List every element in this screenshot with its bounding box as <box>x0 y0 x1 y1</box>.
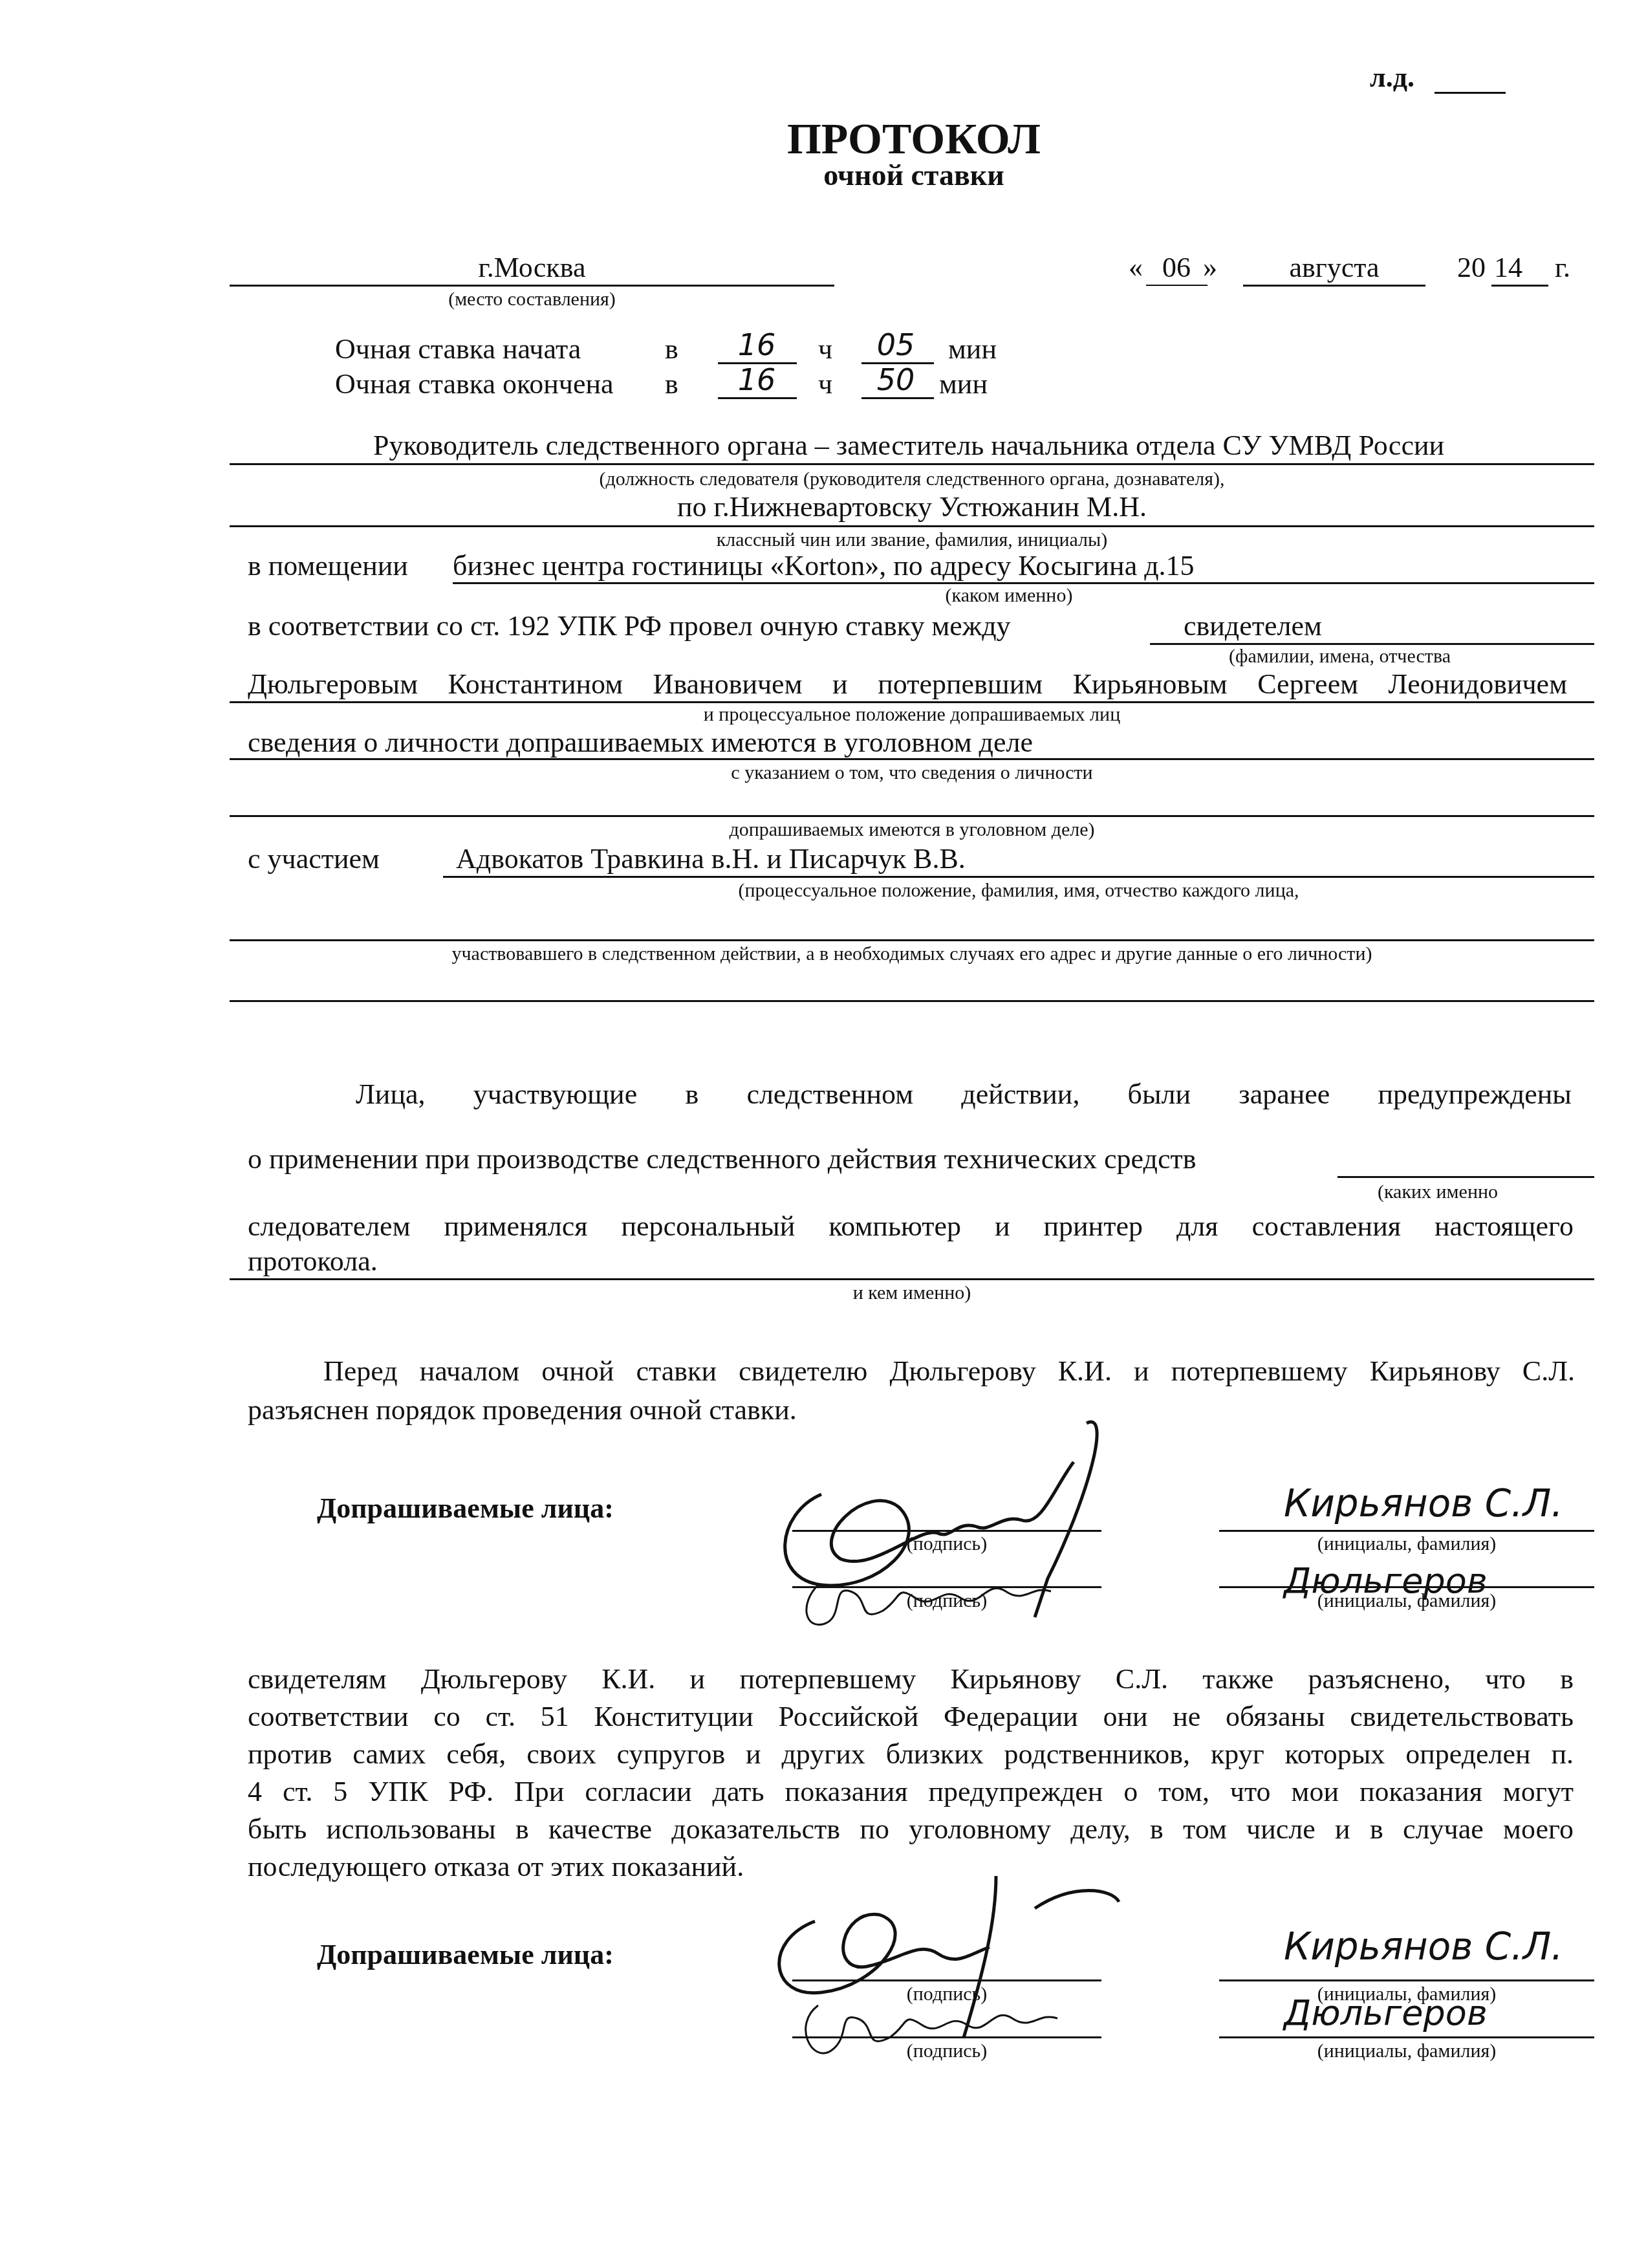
word: моего <box>1503 1815 1574 1844</box>
document-title: ПРОТОКОЛ <box>655 116 1173 160</box>
word: со <box>433 1703 460 1731</box>
word: других <box>781 1740 865 1769</box>
word: Лица, <box>356 1080 425 1109</box>
word: предупрежден <box>929 1778 1103 1806</box>
place-value: г.Москва <box>230 254 834 282</box>
rights-line: противсамихсебя,своихсупруговидругихблиз… <box>248 1740 1574 1769</box>
case-ref-field[interactable] <box>1435 92 1506 94</box>
date-month-line <box>1243 285 1425 287</box>
participants-blank-line <box>230 939 1594 941</box>
technical-caption-2: и кем именно) <box>230 1283 1594 1303</box>
technical-caption-1: (каких именно <box>1378 1183 1498 1202</box>
name-line-1[interactable] <box>1219 1530 1594 1532</box>
word: 5 <box>333 1778 347 1806</box>
signatures-2-label: Допрашиваемые лица: <box>317 1941 614 1969</box>
rights-line: соответствиисост.51КонституцииРоссийской… <box>248 1703 1574 1731</box>
word: о <box>1123 1778 1138 1806</box>
word: доказательств <box>671 1815 840 1844</box>
word: случае <box>1403 1815 1484 1844</box>
word: К.И. <box>601 1665 655 1694</box>
name-line-2[interactable] <box>1219 1586 1594 1588</box>
parties-caption-1: (фамилии, имена, отчества <box>1229 647 1451 666</box>
word: 51 <box>541 1703 569 1731</box>
word: показания <box>785 1778 908 1806</box>
word: родственников, <box>1004 1740 1190 1769</box>
word: предупреждены <box>1378 1080 1572 1109</box>
rights-line: бытьиспользованывкачестведоказательствпо… <box>248 1815 1574 1844</box>
word: что <box>1485 1665 1526 1694</box>
start-min-unit: мин <box>948 335 997 364</box>
participants-blank-line-2 <box>230 1000 1594 1002</box>
word: также <box>1202 1665 1273 1694</box>
case-ref: л.д. <box>1370 63 1414 92</box>
word: применялся <box>444 1212 587 1241</box>
word: ст. <box>486 1703 515 1731</box>
word: могут <box>1503 1778 1574 1806</box>
date-year-prefix: 20 <box>1457 254 1486 282</box>
technical-value-line-2: протокола. <box>248 1247 378 1276</box>
word: том <box>1183 1815 1227 1844</box>
word: Дюльгерову <box>421 1665 567 1694</box>
signatory-name-3: Кирьянов С.Л. <box>1284 1925 1563 1968</box>
start-hour-unit: ч <box>818 335 832 364</box>
signature-caption-2: (подпись) <box>792 1591 1101 1611</box>
word: против <box>248 1740 332 1769</box>
date-day-line <box>1146 285 1207 286</box>
signature-line-2[interactable] <box>792 1586 1101 1588</box>
word: для <box>1176 1212 1218 1241</box>
word: в <box>515 1815 529 1844</box>
start-label: Очная ставка начата <box>335 335 581 364</box>
word: уголовному <box>909 1815 1051 1844</box>
end-hour-unit: ч <box>818 370 832 398</box>
signature-caption-1: (подпись) <box>792 1534 1101 1554</box>
technical-para-line-2: о применении при производстве следственн… <box>248 1145 1196 1173</box>
word: в <box>1560 1665 1574 1694</box>
name-caption-1: (инициалы, фамилия) <box>1219 1534 1594 1554</box>
end-hour: 16 <box>718 362 796 397</box>
rights-last-line: последующего отказа от этих показаний. <box>248 1853 744 1881</box>
investigator-name-line <box>230 525 1594 527</box>
place-caption: (место составления) <box>230 290 834 309</box>
word: следователем <box>248 1212 411 1241</box>
date-year-line <box>1491 285 1548 287</box>
word: определен <box>1405 1740 1530 1769</box>
word: в <box>1150 1815 1164 1844</box>
participants-line <box>443 876 1594 878</box>
word: принтер <box>1044 1212 1143 1241</box>
signature-caption-4: (подпись) <box>792 2042 1101 2061</box>
signatures-1-label: Допрашиваемые лица: <box>317 1494 614 1523</box>
parties-blank-line <box>230 815 1594 817</box>
word: обязаны <box>1226 1703 1325 1731</box>
date-year-unit: г. <box>1555 254 1570 282</box>
word: самих <box>352 1740 426 1769</box>
word: делу, <box>1070 1815 1130 1844</box>
word: круг <box>1211 1740 1264 1769</box>
word: и <box>690 1665 706 1694</box>
word: мои <box>1292 1778 1339 1806</box>
signature-line-3[interactable] <box>792 1979 1101 1981</box>
start-prep: в <box>665 335 678 364</box>
technical-value-line-1: следователемприменялсяперсональныйкомпью… <box>248 1212 1574 1241</box>
location-value: бизнес центра гостиницы «Korton», по адр… <box>453 552 1195 580</box>
word: качестве <box>548 1815 652 1844</box>
signature-caption-3: (подпись) <box>792 1985 1101 2004</box>
word: компьютер <box>828 1212 961 1241</box>
word: дать <box>713 1778 764 1806</box>
participants-label: с участием <box>248 845 380 873</box>
investigator-name-caption: классный чин или звание, фамилия, инициа… <box>230 530 1594 550</box>
parties-role: свидетелем <box>1184 612 1322 640</box>
word: С.Л. <box>1116 1665 1168 1694</box>
word: быть <box>248 1815 307 1844</box>
rights-line: 4ст.5УПКРФ.Присогласиидатьпоказанияпреду… <box>248 1778 1574 1806</box>
word: и <box>1335 1815 1350 1844</box>
word: себя, <box>446 1740 506 1769</box>
word: супругов <box>617 1740 726 1769</box>
parties-identity-line <box>230 758 1594 760</box>
word: составления <box>1251 1212 1400 1241</box>
start-min: 05 <box>860 327 931 362</box>
word: числе <box>1246 1815 1316 1844</box>
rights-line: свидетелямДюльгеровуК.И.ипотерпевшемуКир… <box>248 1665 1574 1694</box>
word: использованы <box>327 1815 496 1844</box>
word: Кирьянову <box>951 1665 1081 1694</box>
signatory-name-1: Кирьянов С.Л. <box>1284 1481 1563 1525</box>
name-caption-3: (инициалы, фамилия) <box>1219 1985 1594 2004</box>
start-hour: 16 <box>718 327 796 362</box>
parties-identity-note: сведения о личности допрашиваемых имеютс… <box>248 728 1033 757</box>
word: заранее <box>1239 1080 1330 1109</box>
word: персональный <box>621 1212 795 1241</box>
word: были <box>1128 1080 1191 1109</box>
word: своих <box>526 1740 596 1769</box>
end-prep: в <box>665 370 678 398</box>
word: согласии <box>585 1778 691 1806</box>
participants-value: Адвокатов Травкина в.Н. и Писарчук В.В. <box>456 845 966 873</box>
word: близких <box>886 1740 984 1769</box>
name-caption-4: (инициалы, фамилия) <box>1219 2042 1594 2061</box>
name-line-3[interactable] <box>1219 1979 1594 1981</box>
end-min: 50 <box>860 362 931 397</box>
parties-intro: в соответствии со ст. 192 УПК РФ провел … <box>248 612 1011 640</box>
word: и <box>995 1212 1010 1241</box>
word: участвующие <box>473 1080 638 1109</box>
location-label: в помещении <box>248 552 408 580</box>
word: УПК <box>368 1778 428 1806</box>
word: Федерации <box>944 1703 1078 1731</box>
place-line <box>230 285 834 287</box>
word: в <box>1370 1815 1383 1844</box>
location-caption: (каком именно) <box>912 586 1106 605</box>
word: по <box>860 1815 889 1844</box>
word: настоящего <box>1435 1212 1574 1241</box>
word: Российской <box>778 1703 918 1731</box>
parties-caption-2: и процессуальное положение допрашиваемых… <box>230 705 1594 725</box>
word: 4 <box>248 1778 262 1806</box>
date-year-suffix: 14 <box>1494 254 1522 282</box>
word: ст. <box>283 1778 312 1806</box>
name-caption-2: (инициалы, фамилия) <box>1219 1591 1594 1611</box>
word: п. <box>1551 1740 1574 1769</box>
parties-role-line <box>1150 643 1594 645</box>
investigator-name: по г.Нижневартовску Устюжанин М.Н. <box>230 493 1594 521</box>
date-day-open: « <box>1129 254 1143 282</box>
word: свидетельствовать <box>1350 1703 1574 1731</box>
case-ref-label: л.д. <box>1370 61 1414 93</box>
word: потерпевшему <box>739 1665 916 1694</box>
investigator-position-line <box>230 463 1594 465</box>
investigator-position-caption: (должность следователя (руководителя сле… <box>230 470 1594 489</box>
word: и <box>746 1740 761 1769</box>
parties-caption-4: допрашиваемых имеются в уголовном деле) <box>230 820 1594 840</box>
word: Конституции <box>594 1703 753 1731</box>
document-subtitle: очной ставки <box>655 160 1173 190</box>
word: в <box>685 1080 698 1109</box>
participants-caption-2: участвовавшего в следственном действии, … <box>230 944 1594 964</box>
end-label: Очная ставка окончена <box>335 370 613 398</box>
word: свидетелям <box>248 1665 387 1694</box>
word: показания <box>1359 1778 1482 1806</box>
end-min-unit: мин <box>939 370 988 398</box>
signature-line-4[interactable] <box>792 2036 1101 2038</box>
technical-value-line <box>230 1278 1594 1280</box>
signature-line-1[interactable] <box>792 1530 1101 1532</box>
parties-caption-3: с указанием о том, что сведения о личнос… <box>230 763 1594 783</box>
word: которых <box>1285 1740 1385 1769</box>
name-line-4[interactable] <box>1219 2036 1594 2038</box>
date-month: августа <box>1243 254 1425 282</box>
word: действии, <box>961 1080 1079 1109</box>
procedure-line-2: разъяснен порядок проведения очной ставк… <box>248 1396 797 1424</box>
word: том, <box>1158 1778 1209 1806</box>
word: разъяснено, <box>1308 1665 1451 1694</box>
word: следственном <box>746 1080 913 1109</box>
parties-names: Дюльгеровым Константином Ивановичем и по… <box>248 670 1567 699</box>
parties-names-line <box>230 701 1594 703</box>
participants-caption-1: (процессуальное положение, фамилия, имя,… <box>443 881 1594 900</box>
date-day-close: » <box>1203 254 1217 282</box>
word: они <box>1103 1703 1147 1731</box>
end-min-line <box>861 397 934 399</box>
procedure-line-1: Перед началом очной ставки свидетелю Дюл… <box>323 1357 1575 1386</box>
technical-means-line <box>1337 1176 1594 1178</box>
word: не <box>1173 1703 1200 1731</box>
investigator-position: Руководитель следственного органа – заме… <box>230 431 1588 460</box>
technical-para-line-1: Лица,участвующиевследственномдействии,бы… <box>356 1080 1572 1109</box>
word: При <box>514 1778 564 1806</box>
word: что <box>1230 1778 1271 1806</box>
word: РФ. <box>448 1778 493 1806</box>
location-line <box>453 582 1594 584</box>
date-day: 06 <box>1148 254 1205 282</box>
end-hour-line <box>718 397 797 399</box>
word: соответствии <box>248 1703 409 1731</box>
